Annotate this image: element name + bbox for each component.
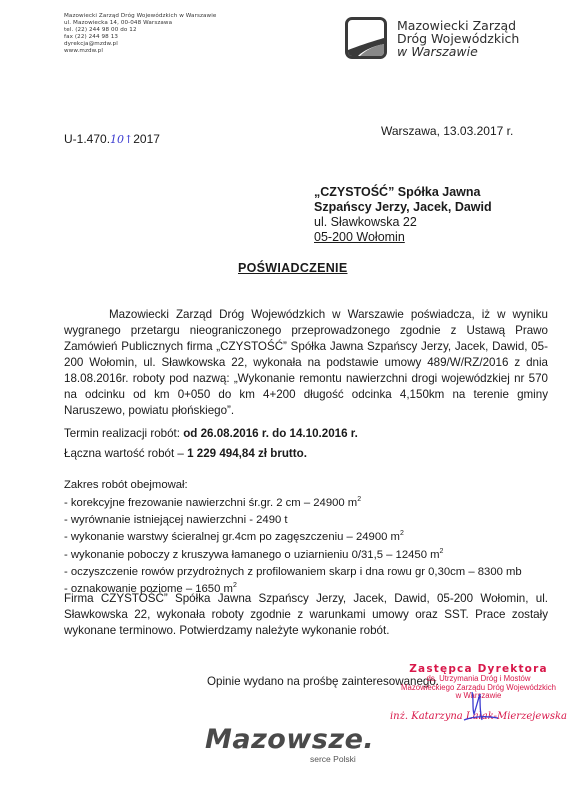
certification-paragraph: Mazowiecki Zarząd Dróg Wojewódzkich w Wa… — [64, 307, 548, 419]
scope-of-work: Zakres robót obejmował: - korekcyjne fre… — [64, 478, 522, 597]
completion-term: Termin realizacji robót: od 26.08.2016 r… — [64, 427, 358, 440]
scope-item: - korekcyjne frezowanie nawierzchni śr.g… — [64, 493, 522, 510]
address-line: Mazowiecki Zarząd Dróg Wojewódzkich w Wa… — [64, 13, 216, 20]
recipient-address: „CZYSTOŚĆ” Spółka Jawna Szpańscy Jerzy, … — [314, 185, 492, 245]
handwritten-number: 10↑ — [110, 133, 133, 146]
scope-heading: Zakres robót obejmował: — [64, 478, 522, 493]
brand-tagline: serce Polski — [310, 754, 356, 764]
address-line: dyrekcja@mzdw.pl — [64, 41, 216, 48]
scope-item: - wyrównanie istniejącej nawierzchni - 2… — [64, 510, 522, 527]
mazowsze-logo: Mazowsze. — [205, 724, 374, 755]
reference-number: U-1.470.10↑2017 — [64, 132, 160, 146]
total-value: Łączna wartość robót – 1 229 494,84 zł b… — [64, 447, 307, 460]
letter-date: Warszawa, 13.03.2017 r. — [381, 124, 513, 138]
document-title: POŚWIADCZENIE — [238, 261, 347, 275]
address-line: www.mzdw.pl — [64, 48, 216, 55]
address-line: ul. Mazowiecka 14, 00-048 Warszawa — [64, 20, 216, 27]
scope-item: - oczyszczenie rowów przydrożnych z prof… — [64, 562, 522, 579]
address-line: tel. (22) 244 98 00 do 12 — [64, 27, 216, 34]
scope-item: - wykonanie warstwy ścieralnej gr.4cm po… — [64, 527, 522, 544]
signature-icon — [458, 690, 508, 728]
address-line: fax (22) 244 98 13 — [64, 34, 216, 41]
logo-line: w Warszawie — [397, 45, 519, 58]
confirmation-paragraph: Firma CZYSTOŚĆ” Spółka Jawna Szpańscy Je… — [64, 591, 548, 639]
scope-item: - wykonanie poboczy z kruszywa łamanego … — [64, 545, 522, 562]
sender-address: Mazowiecki Zarząd Dróg Wojewódzkich w Wa… — [64, 13, 216, 55]
road-logo-icon — [345, 17, 387, 59]
